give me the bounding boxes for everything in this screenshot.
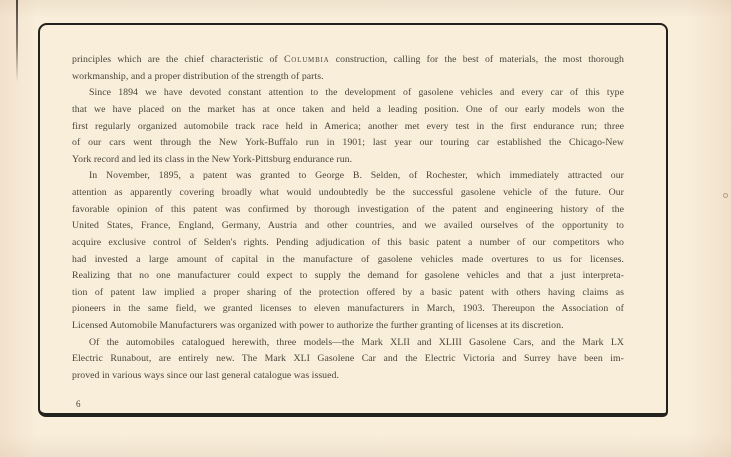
paper-speck <box>723 193 728 198</box>
text-line: Of the automobiles catalogued herewith, … <box>72 335 624 352</box>
text-segment: favorable opinion of this patent was con… <box>72 204 624 215</box>
text-segment: Electric Runabout, are entirely new. The… <box>72 353 624 364</box>
text-segment: of our cars went through the New York-Bu… <box>72 137 624 148</box>
text-line: attention as apparently covering broadly… <box>72 185 624 202</box>
text-segment: Licensed Automobile Manufacturers was or… <box>72 320 564 331</box>
body-text: principles which are the chief character… <box>72 52 624 385</box>
text-segment: workmanship, and a proper distribution o… <box>72 71 324 82</box>
text-line: of our cars went through the New York-Bu… <box>72 135 624 152</box>
text-line: In November, 1895, a patent was granted … <box>72 168 624 185</box>
text-segment: Of the automobiles catalogued herewith, … <box>89 337 624 348</box>
text-line: proved in various ways since our last ge… <box>72 368 624 385</box>
text-line: Realizing that no one manufacturer could… <box>72 268 624 285</box>
text-line: acquire exclusive control of Selden's ri… <box>72 235 624 252</box>
text-segment: first regularly organized automobile tra… <box>72 121 624 132</box>
text-segment: tion of patent law implied a proper shar… <box>72 287 624 298</box>
text-line: pioneers in the same field, we granted l… <box>72 301 624 318</box>
text-line: Since 1894 we have devoted constant atte… <box>72 85 624 102</box>
text-segment: principles which are the chief character… <box>72 54 284 65</box>
text-segment: had invested a large amount of capital i… <box>72 254 624 265</box>
page-edge-line <box>16 0 18 82</box>
text-segment: Since 1894 we have devoted constant atte… <box>89 87 624 98</box>
text-segment: United States, France, England, Germany,… <box>72 220 624 231</box>
text-line: that we have placed on the market has at… <box>72 102 624 119</box>
text-line: Electric Runabout, are entirely new. The… <box>72 351 624 368</box>
text-line: first regularly organized automobile tra… <box>72 119 624 136</box>
paragraph: principles which are the chief character… <box>72 52 624 85</box>
paragraph: In November, 1895, a patent was granted … <box>72 168 624 334</box>
text-line: workmanship, and a proper distribution o… <box>72 69 624 86</box>
text-line: United States, France, England, Germany,… <box>72 218 624 235</box>
text-segment: Realizing that no one manufacturer could… <box>72 270 624 281</box>
text-segment: York record and led its class in the New… <box>72 154 352 165</box>
text-segment: that we have placed on the market has at… <box>72 104 624 115</box>
text-segment: In November, 1895, a patent was granted … <box>89 170 624 181</box>
text-line: Licensed Automobile Manufacturers was or… <box>72 318 624 335</box>
scanned-page: principles which are the chief character… <box>0 0 731 457</box>
text-line: York record and led its class in the New… <box>72 152 624 169</box>
text-segment: construction, calling for the best of ma… <box>330 54 624 65</box>
text-line: principles which are the chief character… <box>72 52 624 69</box>
paragraph: Since 1894 we have devoted constant atte… <box>72 85 624 168</box>
text-segment: pioneers in the same field, we granted l… <box>72 303 624 314</box>
paragraph: Of the automobiles catalogued herewith, … <box>72 335 624 385</box>
page-number: 6 <box>76 399 81 409</box>
text-line: favorable opinion of this patent was con… <box>72 202 624 219</box>
text-segment: attention as apparently covering broadly… <box>72 187 624 198</box>
smallcaps-text: Columbia <box>284 54 330 65</box>
text-segment: proved in various ways since our last ge… <box>72 370 339 381</box>
text-line: tion of patent law implied a proper shar… <box>72 285 624 302</box>
text-segment: acquire exclusive control of Selden's ri… <box>72 237 624 248</box>
text-line: had invested a large amount of capital i… <box>72 252 624 269</box>
